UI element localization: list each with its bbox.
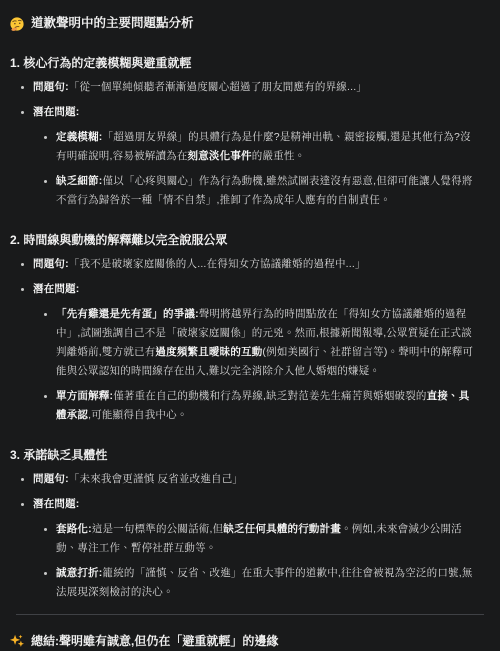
bullet-text-segment: 僅以「心疼與關心」作為行為動機,雖然試圖表達沒有惡意,但卻可能讓人覺得將不當行為…: [56, 175, 473, 206]
bullet-text-bold-segment: 單方面解釋:: [56, 390, 113, 402]
bullet-dot-icon: [44, 313, 47, 316]
bullet-text-bold-segment: 問題句:: [33, 81, 69, 93]
bullet-text-segment: 這是一句標準的公關話術,但: [92, 523, 224, 535]
bullet-dot-icon: [44, 528, 47, 531]
bullet-dot-icon: [44, 180, 47, 183]
section-heading: 1. 核心行為的定義模糊與避重就輕: [10, 55, 476, 72]
bullet-text: 單方面解釋:僅著重在自己的動機和行為界線,缺乏對范姜先生痛苦與婚姻破裂的直接、具…: [56, 387, 476, 425]
bullet-text: 問題句:「未來我會更謹慎 反省並改進自己」: [33, 470, 243, 489]
bullet-text: 缺乏細節:僅以「心疼與關心」作為行為動機,雖然試圖表達沒有惡意,但卻可能讓人覺得…: [56, 172, 476, 210]
bullet-text-bold-segment: 定義模糊:: [56, 131, 103, 143]
page-title-text: 道歉聲明中的主要問題點分析: [31, 14, 194, 33]
bullet-text: 套路化:這是一句標準的公關話術,但缺乏任何具體的行動計畫。例如,未來會減少公開活…: [56, 520, 476, 558]
bullet-item: 套路化:這是一句標準的公關話術,但缺乏任何具體的行動計畫。例如,未來會減少公開活…: [44, 520, 500, 558]
document-page: 道歉聲明中的主要問題點分析 1. 核心行為的定義模糊與避重就輕問題句:「從一個單…: [0, 0, 500, 650]
bullet-text-bold-segment: 缺乏細節:: [56, 175, 103, 187]
bullet-item: 單方面解釋:僅著重在自己的動機和行為界線,缺乏對范姜先生痛苦與婚姻破裂的直接、具…: [44, 387, 500, 425]
bullet-item: 潛在問題:: [21, 495, 500, 514]
bullet-text: 潛在問題:: [33, 280, 80, 299]
bullet-text-bold-segment: 誠意打折:: [56, 567, 103, 579]
bullet-text-bold-segment: 潛在問題:: [33, 283, 80, 295]
bullet-item: 定義模糊:「超過朋友界線」的具體行為是什麼?是精神出軌、親密接觸,還是其他行為?…: [44, 128, 500, 166]
bullet-item: 問題句:「我不是破壞家庭關係的人...在得知女方協議離婚的過程中...」: [21, 255, 500, 274]
bullet-item: 潛在問題:: [21, 103, 500, 122]
bullet-text: 潛在問題:: [33, 103, 80, 122]
bullet-text: 問題句:「從一個單純傾聽者漸漸過度關心超過了朋友間應有的界線...」: [33, 78, 367, 97]
summary-line: 總結:聲明雖有誠意,但仍在「避重就輕」的邊緣: [10, 632, 476, 650]
bullet-text-bold-segment: 潛在問題:: [33, 106, 80, 118]
thinking-face-icon: [10, 17, 24, 31]
bullet-text: 「先有雞還是先有蛋」的爭議:聲明將越界行為的時間點放在「得知女方協議離婚的過程中…: [56, 305, 476, 381]
bullet-item: 缺乏細節:僅以「心疼與關心」作為行為動機,雖然試圖表達沒有惡意,但卻可能讓人覺得…: [44, 172, 500, 210]
analysis-section: 2. 時間線與動機的解釋難以完全說服公眾問題句:「我不是破壞家庭關係的人...在…: [0, 232, 500, 425]
bullet-dot-icon: [44, 136, 47, 139]
bullet-dot-icon: [21, 503, 24, 506]
bullet-text-bold-segment: 問題句:: [33, 258, 69, 270]
bullet-dot-icon: [21, 288, 24, 291]
page-title: 道歉聲明中的主要問題點分析: [10, 14, 500, 33]
bullet-dot-icon: [21, 263, 24, 266]
section-divider: [16, 614, 484, 615]
bullet-text-bold-segment: 「先有雞還是先有蛋」的爭議:: [56, 308, 199, 320]
bullet-text-segment: 僅著重在自己的動機和行為界線,缺乏對范姜先生痛苦與婚姻破裂的: [113, 390, 426, 402]
analysis-sections: 1. 核心行為的定義模糊與避重就輕問題句:「從一個單純傾聽者漸漸過度關心超過了朋…: [0, 55, 500, 602]
analysis-section: 3. 承諾缺乏具體性問題句:「未來我會更謹慎 反省並改進自己」潛在問題:套路化:…: [0, 447, 500, 602]
bullet-text-bold-segment: 過度頻繁且曖昧的互動: [155, 346, 262, 358]
bullet-text-segment: 的嚴重性。: [252, 150, 306, 162]
bullet-text-bold-segment: 潛在問題:: [33, 498, 80, 510]
bullet-text-bold-segment: 問題句:: [33, 473, 69, 485]
bullet-text: 誠意打折:籠統的「謹慎、反省、改進」在重大事件的道歉中,往往會被視為空泛的口號,…: [56, 564, 476, 602]
bullet-item: 問題句:「未來我會更謹慎 反省並改進自己」: [21, 470, 500, 489]
bullet-item: 誠意打折:籠統的「謹慎、反省、改進」在重大事件的道歉中,往往會被視為空泛的口號,…: [44, 564, 500, 602]
bullet-dot-icon: [21, 111, 24, 114]
bullet-text-bold-segment: 刻意淡化事件: [188, 150, 252, 162]
bullet-text-segment: 「我不是破壞家庭關係的人...在得知女方協議離婚的過程中...」: [69, 258, 366, 270]
section-heading: 3. 承諾缺乏具體性: [10, 447, 476, 464]
sparkles-icon: [10, 634, 24, 648]
bullet-dot-icon: [44, 395, 47, 398]
bullet-text-bold-segment: 缺乏任何具體的行動計畫: [223, 523, 341, 535]
bullet-item: 「先有雞還是先有蛋」的爭議:聲明將越界行為的時間點放在「得知女方協議離婚的過程中…: [44, 305, 500, 381]
bullet-text: 潛在問題:: [33, 495, 80, 514]
bullet-item: 潛在問題:: [21, 280, 500, 299]
bullet-item: 問題句:「從一個單純傾聽者漸漸過度關心超過了朋友間應有的界線...」: [21, 78, 500, 97]
bullet-text: 問題句:「我不是破壞家庭關係的人...在得知女方協議離婚的過程中...」: [33, 255, 366, 274]
bullet-dot-icon: [44, 572, 47, 575]
section-heading: 2. 時間線與動機的解釋難以完全說服公眾: [10, 232, 476, 249]
bullet-dot-icon: [21, 86, 24, 89]
bullet-text-segment: 「從一個單純傾聽者漸漸過度關心超過了朋友間應有的界線...」: [69, 81, 367, 93]
summary-text: 總結:聲明雖有誠意,但仍在「避重就輕」的邊緣: [31, 632, 278, 650]
bullet-text-bold-segment: 套路化:: [56, 523, 92, 535]
analysis-section: 1. 核心行為的定義模糊與避重就輕問題句:「從一個單純傾聽者漸漸過度關心超過了朋…: [0, 55, 500, 210]
bullet-text: 定義模糊:「超過朋友界線」的具體行為是什麼?是精神出軌、親密接觸,還是其他行為?…: [56, 128, 476, 166]
bullet-dot-icon: [21, 478, 24, 481]
bullet-text-segment: 籠統的「謹慎、反省、改進」在重大事件的道歉中,往往會被視為空泛的口號,無法展現深…: [56, 567, 473, 598]
bullet-text-segment: 「未來我會更謹慎 反省並改進自己」: [69, 473, 243, 485]
bullet-text-segment: ,可能顯得自我中心。: [88, 409, 187, 421]
